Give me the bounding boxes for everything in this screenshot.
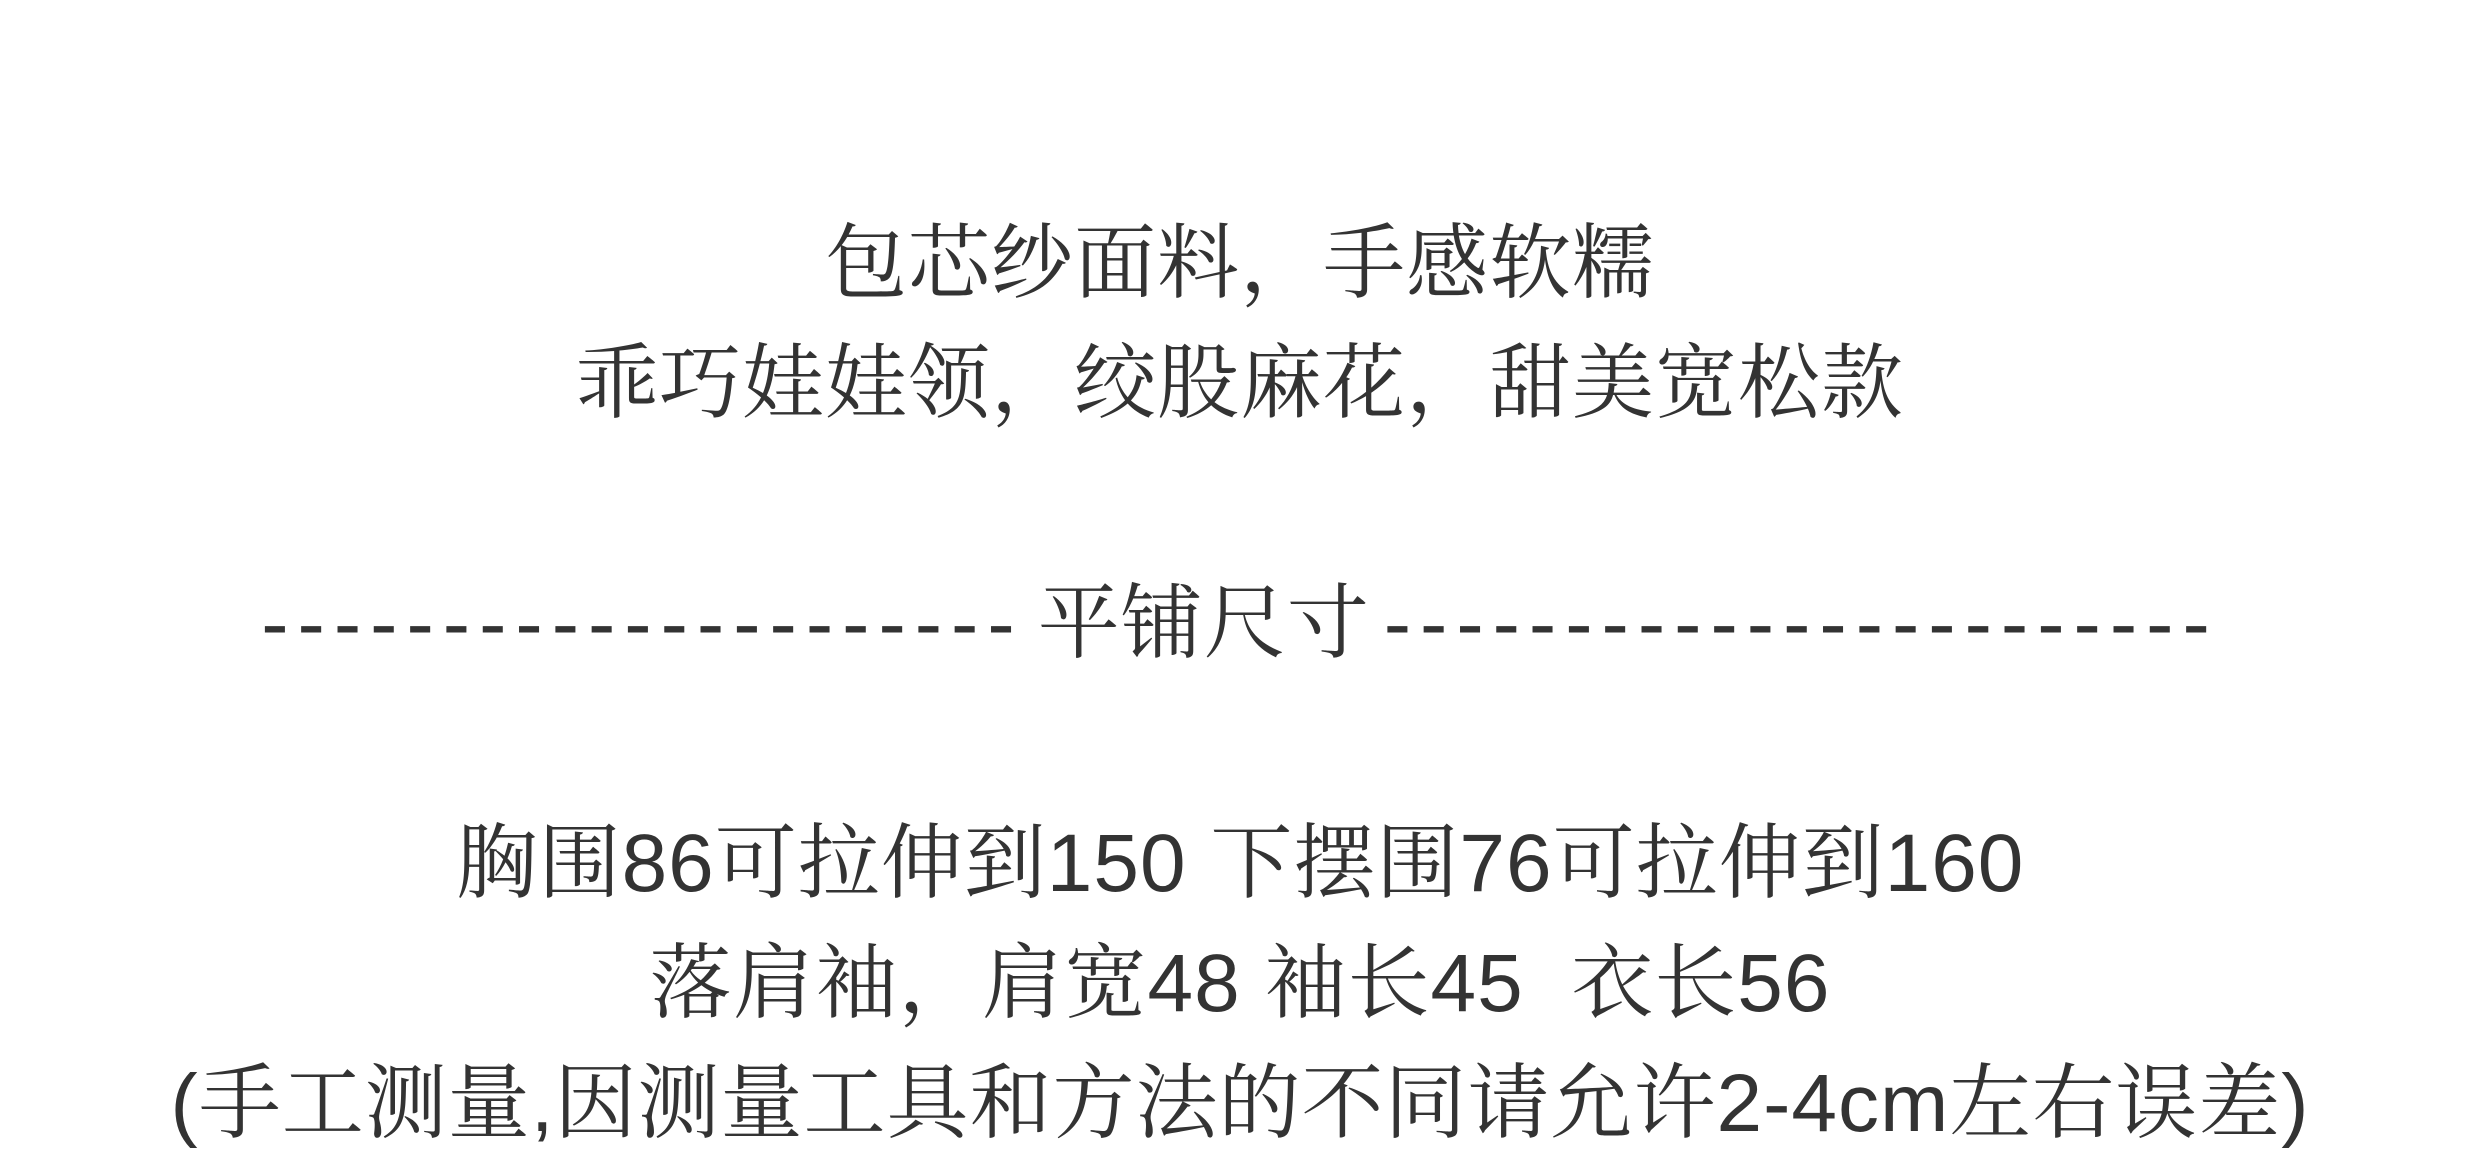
divider-right-dashes: ----------------------- — [1384, 578, 2219, 669]
measurement-tolerance-note: (手工测量,因测量工具和方法的不同请允许2-4cm左右误差) — [0, 1044, 2480, 1160]
measurements-section: 胸围86可拉伸到150 下摆围76可拉伸到160 落肩袖，肩宽48 袖长45 衣… — [0, 804, 2480, 1160]
divider-left-dashes: --------------------- — [261, 578, 1023, 669]
flat-size-section-title: 平铺尺寸 — [1038, 578, 1370, 669]
fabric-description-line: 包芯纱面料，手感软糯 — [0, 204, 2480, 324]
bust-hem-measurements-line: 胸围86可拉伸到150 下摆围76可拉伸到160 — [0, 804, 2480, 924]
flat-size-section-divider: ---------------------平铺尺寸---------------… — [0, 564, 2480, 684]
section-gap — [0, 684, 2480, 804]
product-detail-text-panel: 包芯纱面料，手感软糯 乖巧娃娃领，绞股麻花，甜美宽松款 ------------… — [0, 0, 2480, 1160]
shoulder-sleeve-length-line: 落肩袖，肩宽48 袖长45 衣长56 — [0, 924, 2480, 1044]
section-gap — [0, 444, 2480, 564]
fabric-style-description: 包芯纱面料，手感软糯 乖巧娃娃领，绞股麻花，甜美宽松款 — [0, 204, 2480, 444]
style-description-line: 乖巧娃娃领，绞股麻花，甜美宽松款 — [0, 324, 2480, 444]
